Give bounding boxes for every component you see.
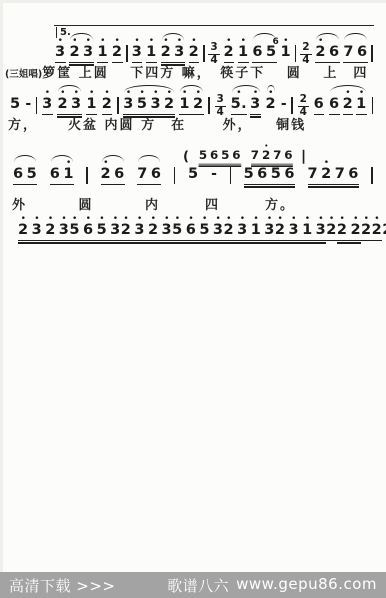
note: 6 xyxy=(329,90,340,118)
note: 5 xyxy=(188,160,199,188)
note-digit: 5 xyxy=(137,97,148,112)
site-url: www.gepu86.com xyxy=(236,575,377,596)
beam-group: •5•6•5•3 xyxy=(172,216,223,244)
note: •3 xyxy=(162,216,173,238)
note-digit: 6 xyxy=(50,167,61,182)
note: 5 xyxy=(27,160,38,182)
barline xyxy=(203,45,205,62)
note-digit: 2 xyxy=(161,45,172,60)
beam-group: •2•3•2•3 xyxy=(121,216,172,244)
note-digit: 3 xyxy=(237,223,248,238)
beam-lines xyxy=(275,238,326,244)
note-digit: 5 xyxy=(199,223,210,238)
lyrics-text: 箩筐 上圆 下四方 嘛， 筷子下 圆 上 四 xyxy=(42,66,368,81)
note-digit: 5. xyxy=(231,97,248,112)
note: 6 xyxy=(114,160,125,182)
note: 6 xyxy=(252,38,263,60)
note-digit: 6 xyxy=(329,45,340,60)
note-digit: 3 xyxy=(132,45,143,60)
beam-lines xyxy=(18,238,69,244)
beam-group: •2•3•1•3 xyxy=(224,216,275,244)
note-digit: 6 xyxy=(348,167,359,182)
note-digit: 5 xyxy=(266,45,277,60)
beam-lines xyxy=(326,238,337,244)
note: 6 xyxy=(284,160,295,182)
note: 6 xyxy=(357,38,368,60)
note-digit: 6 xyxy=(114,167,125,182)
lyrics-line-2: 方， 火盆 内圆 方 在 外， 铜钱 xyxy=(8,114,306,133)
note: 7 xyxy=(335,160,346,182)
note: •3 xyxy=(237,216,248,238)
note: •2 xyxy=(326,216,337,244)
note-digit: 1 xyxy=(86,97,97,112)
duration-dash: - xyxy=(211,168,217,180)
note-digit: 5 xyxy=(10,97,21,112)
note-digit: 3 xyxy=(83,45,94,60)
note-digit: 6 xyxy=(284,167,295,182)
note-digit: 2 xyxy=(193,97,204,112)
note-digit: 2 xyxy=(101,167,112,182)
note: •2 xyxy=(161,38,172,60)
note: 7 xyxy=(308,160,319,182)
note: •2 xyxy=(350,216,361,238)
note: •3 xyxy=(110,216,121,238)
note-digit: 6 xyxy=(13,167,24,182)
note-digit: 3 xyxy=(288,223,299,238)
barline xyxy=(117,97,119,114)
note-digit: 5 xyxy=(27,167,38,182)
note-digit: 6 xyxy=(257,167,268,182)
beam-group: •2•2 xyxy=(337,216,361,244)
note: 6 xyxy=(13,160,24,182)
note-digit: 2 xyxy=(275,223,286,238)
barline xyxy=(36,97,38,114)
beam-group: •2•3•1•3 xyxy=(275,216,326,244)
note: •1 xyxy=(302,216,313,238)
note-digit: 3 xyxy=(59,223,70,238)
music-system-3: 656•1•26765-56567•276 xyxy=(13,156,373,188)
note-digit: 3 xyxy=(42,97,53,112)
note: •1 xyxy=(356,90,367,118)
note: •2 xyxy=(18,216,29,238)
note-digit: 7 xyxy=(343,45,354,60)
note: •2 xyxy=(372,216,383,244)
note: •2 xyxy=(148,216,159,238)
beam-lines xyxy=(244,182,295,188)
note: •3 xyxy=(316,216,327,238)
note-digit: 6 xyxy=(151,167,162,182)
sheet-music-page: 5. •3•2•3•1•2•3•1•2•3•234•2•165•1624•267… xyxy=(0,0,386,598)
note: •1 xyxy=(63,160,74,182)
footer-bar: 高清下载 >>> 歌谱八六 www.gepu86.com xyxy=(0,572,386,598)
site-name: 歌谱八六 xyxy=(167,575,229,596)
note-digit: 2 xyxy=(148,223,159,238)
note-digit: 2 xyxy=(18,223,29,238)
staff-top-rule xyxy=(54,25,374,26)
note: •3 xyxy=(123,90,134,112)
note-digit: 5 xyxy=(69,223,80,238)
note-digit: 6 xyxy=(83,223,94,238)
note: 7 xyxy=(343,38,354,60)
note-digit: 3 xyxy=(250,97,261,112)
note: •3 xyxy=(264,216,275,238)
note-digit: 3 xyxy=(123,97,134,112)
note-digit: 2 xyxy=(343,97,354,112)
note-digit: 3 xyxy=(134,223,145,238)
note: •3 xyxy=(288,216,299,238)
barline xyxy=(230,167,232,184)
beam-lines xyxy=(337,238,361,244)
note-digit: 3 xyxy=(55,45,66,60)
note-digit: 3 xyxy=(213,223,224,238)
note-digit: 5 xyxy=(97,223,108,238)
note: •3 xyxy=(71,90,82,112)
note-digit: 1 xyxy=(97,45,108,60)
note-digit: 3 xyxy=(162,223,173,238)
note: •2 xyxy=(69,38,80,60)
note: •2 xyxy=(321,160,332,182)
duration-dash: - xyxy=(281,98,287,110)
duration-dash: - xyxy=(25,98,31,110)
note: 6 xyxy=(348,160,359,182)
note-digit: 3 xyxy=(150,97,161,112)
note-digit: 6 xyxy=(252,45,263,60)
beam-group: •2•3•2•3 xyxy=(18,216,69,244)
note-digit: 1 xyxy=(251,223,262,238)
beam-lines xyxy=(224,238,275,244)
note: 6 xyxy=(314,90,325,118)
lyrics-line-3: 外 圆 内 四 方。 xyxy=(12,194,295,213)
note-digit: 2 xyxy=(69,45,80,60)
beam-group: 5656 xyxy=(244,160,295,188)
note-digit: 2 xyxy=(224,223,235,238)
note-digit: 1 xyxy=(179,97,190,112)
note-digit: 2 xyxy=(189,45,200,60)
slur-group: •26 xyxy=(101,160,125,188)
note: •2 xyxy=(193,90,204,112)
barline xyxy=(295,45,297,62)
note: 5 xyxy=(244,160,255,182)
note-digit: 5 xyxy=(188,167,199,182)
note-digit: 6 xyxy=(186,223,197,238)
note-digit: 5 xyxy=(271,167,282,182)
note-digit: 2 xyxy=(337,223,348,238)
site-link[interactable]: 歌谱八六 www.gepu86.com xyxy=(167,575,377,596)
note-digit: 2 xyxy=(57,97,68,112)
barline xyxy=(291,97,293,114)
note-digit: 2 xyxy=(121,223,132,238)
note-digit: 2 xyxy=(102,97,113,112)
note-digit: 2 xyxy=(164,97,175,112)
note-digit: 2 xyxy=(112,45,123,60)
barline xyxy=(371,45,373,62)
beam-lines xyxy=(13,182,37,188)
note-digit: 3 xyxy=(316,223,327,238)
barline xyxy=(371,167,373,184)
note-digit: 1 xyxy=(146,45,157,60)
note: •5 xyxy=(137,90,148,112)
note-digit: 7 xyxy=(308,167,319,182)
note: •3 xyxy=(150,90,161,112)
note: •2 xyxy=(275,216,286,238)
note-digit: 6 xyxy=(329,97,340,112)
note: •2 xyxy=(343,90,354,118)
note-digit: 6 xyxy=(314,97,325,112)
note: •3 xyxy=(59,216,70,238)
beam-group: •5•6•5•3 xyxy=(69,216,120,244)
note: •2 xyxy=(101,160,112,182)
barline xyxy=(126,45,128,62)
note: •2 xyxy=(361,216,372,244)
note-digit: 5 xyxy=(244,167,255,182)
note: •3 xyxy=(83,38,94,60)
note: •5 xyxy=(199,216,210,238)
beam-lines xyxy=(372,238,383,244)
beam-lines xyxy=(356,112,367,118)
note-digit: 2 xyxy=(45,223,56,238)
note: •3 xyxy=(174,38,185,60)
beam-lines xyxy=(314,112,325,118)
note-digit: 3 xyxy=(71,97,82,112)
barline xyxy=(174,167,176,184)
music-system-4: •2•3•2•3•5•6•5•3•2•3•2•3•5•6•5•3•2•3•1•3… xyxy=(18,212,373,244)
note: •2 xyxy=(224,216,235,238)
note-digit: 3 xyxy=(174,45,185,60)
beam-lines xyxy=(50,182,74,188)
singer-label: (三姐唱) xyxy=(5,69,42,80)
note-digit: 1 xyxy=(302,223,313,238)
note-digit: 3 xyxy=(110,223,121,238)
note: 7 xyxy=(137,160,148,182)
beam-lines xyxy=(69,238,120,244)
beam-lines xyxy=(382,238,386,244)
slur-group: 76 xyxy=(137,160,161,188)
note: •6 xyxy=(83,216,94,238)
note: •3 xyxy=(213,216,224,238)
note-digit: 7 xyxy=(335,167,346,182)
beam-lines xyxy=(101,182,125,188)
note: •1 xyxy=(179,90,190,112)
slur-group: 6•1 xyxy=(50,160,74,188)
note-digit: 2 xyxy=(266,97,277,112)
note-digit: 1 xyxy=(238,45,249,60)
note: •2 xyxy=(382,216,386,244)
note: 6 xyxy=(329,38,340,60)
lyrics-line-1: (三姐唱)箩筐 上圆 下四方 嘛， 筷子下 圆 上 四 xyxy=(5,62,368,81)
grace-note: 6 xyxy=(272,38,279,47)
note-digit: 2 xyxy=(315,45,326,60)
note: •3 xyxy=(134,216,145,238)
beam-lines xyxy=(172,238,223,244)
note-digit: 16 xyxy=(280,45,291,60)
slur-group: 6•2•1 xyxy=(329,90,367,118)
note-digit: 7 xyxy=(137,167,148,182)
note-digit: 5 xyxy=(172,223,183,238)
beam-lines xyxy=(137,182,161,188)
note: •6 xyxy=(186,216,197,238)
slur-group: 65 xyxy=(13,160,37,188)
note: •2 xyxy=(121,216,132,238)
beam-lines xyxy=(329,112,340,118)
note-digit: 1 xyxy=(356,97,367,112)
note: •2 xyxy=(315,38,326,60)
note-digit: 2 xyxy=(321,167,332,182)
note: •3 xyxy=(32,216,43,238)
beam-lines xyxy=(308,182,359,188)
barline xyxy=(86,167,88,184)
beam-lines xyxy=(343,112,354,118)
note: •5 xyxy=(69,216,80,238)
note: •2 xyxy=(57,90,68,112)
note-digit: 2 xyxy=(326,223,337,238)
note-digit: 2 xyxy=(224,45,235,60)
note-digit: 3 xyxy=(264,223,275,238)
note: 6 xyxy=(257,160,268,182)
note-digit: 2 xyxy=(361,223,372,238)
download-link[interactable]: 高清下载 >>> xyxy=(9,575,115,596)
note: •5 xyxy=(172,216,183,238)
note: •2 xyxy=(337,216,348,238)
note-digit: 2 xyxy=(350,223,361,238)
note: 6 xyxy=(50,160,61,182)
note: •2 xyxy=(164,90,175,112)
beam-lines xyxy=(361,238,372,244)
beam-lines xyxy=(121,238,172,244)
note: •1 xyxy=(251,216,262,238)
barline xyxy=(208,97,210,114)
note: 6 xyxy=(151,160,162,182)
beam-group: 7•276 xyxy=(308,160,359,188)
note: •2 xyxy=(45,216,56,238)
note: 5 xyxy=(271,160,282,182)
note-digit: 1 xyxy=(63,167,74,182)
beam-lines xyxy=(188,182,199,188)
note-digit: 3 xyxy=(32,223,43,238)
note: •5 xyxy=(97,216,108,238)
barline xyxy=(372,97,374,114)
note-digit: 2 xyxy=(372,223,383,238)
note-digit: 6 xyxy=(357,45,368,60)
note-digit: 2 xyxy=(382,223,386,238)
